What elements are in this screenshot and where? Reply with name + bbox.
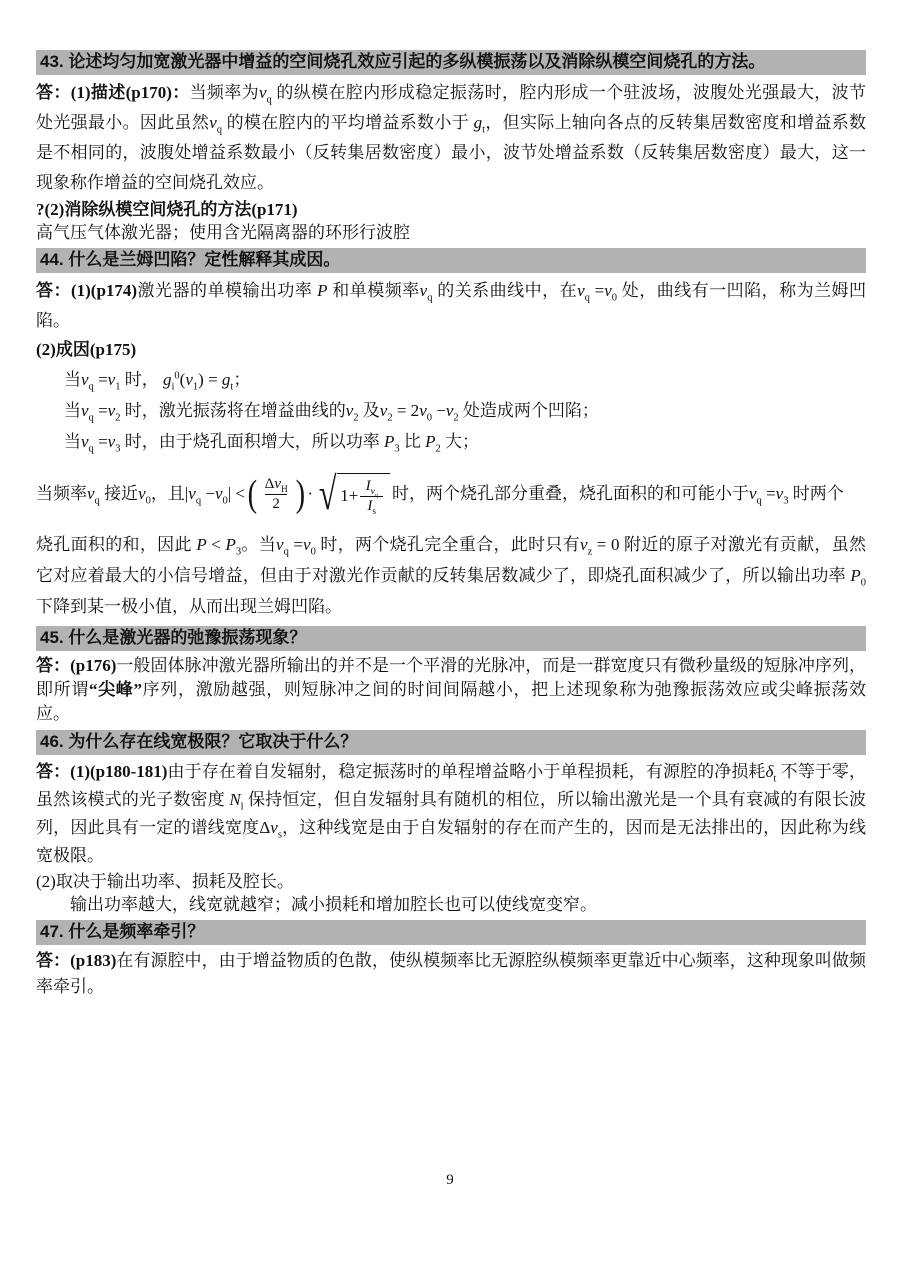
- formula-text-pre: 当频率νq 接近ν0，且|νq −ν0| <: [36, 482, 245, 506]
- question-47-header: 47. 什么是频率牵引？: [36, 920, 866, 945]
- square-root: √ 1+ Iνq Is: [315, 471, 390, 517]
- formula-text-post: 时，两个烧孔部分重叠，烧孔面积的和可能小于νq =ν3 时两个: [392, 482, 844, 506]
- radicand-text: 1+: [340, 484, 358, 508]
- open-paren: (: [248, 475, 257, 513]
- question-44-cause-label: (2)成因(p175): [36, 336, 866, 364]
- question-46-answer-1: 答：(1)(p180-181)由于存在着自发辐射，稳定振荡时的单程增益略小于单程…: [36, 758, 866, 870]
- fraction-denominator: Is: [360, 496, 383, 516]
- fraction-numerator: ΔνH: [262, 475, 291, 494]
- question-47-answer: 答：(p183)在有源腔中，由于增益物质的色散，使纵模频率比无源腔纵模频率更靠近…: [36, 948, 866, 1000]
- question-43-method-label: ?(2)消除纵模空间烧孔的方法(p171): [36, 198, 866, 221]
- question-46-section: 46. 为什么存在线宽极限？它取决于什么？ 答：(1)(p180-181)由于存…: [36, 730, 866, 916]
- question-45-answer: 答：(p176)一般固体脉冲激光器所输出的并不是一个平滑的光脉冲，而是一群宽度只…: [36, 654, 866, 726]
- page-number: 9: [0, 1172, 900, 1189]
- question-43-header: 43. 论述均匀加宽激光器中增益的空间烧孔效应引起的多纵模振荡以及消除纵模空间烧…: [36, 50, 866, 75]
- question-45-section: 45. 什么是激光器的弛豫振荡现象？ 答：(p176)一般固体脉冲激光器所输出的…: [36, 626, 866, 726]
- question-47-section: 47. 什么是频率牵引？ 答：(p183)在有源腔中，由于增益物质的色散，使纵模…: [36, 920, 866, 1000]
- document-page: 43. 论述均匀加宽激光器中增益的空间烧孔效应引起的多纵模振荡以及消除纵模空间烧…: [0, 0, 900, 1272]
- radicand: 1+ Iνq Is: [337, 473, 390, 516]
- radical-sign-icon: √: [319, 471, 337, 517]
- question-44-answer-continued: 烧孔面积的和，因此 P < P3。当νq =ν0 时，两个烧孔完全重合，此时只有…: [36, 529, 866, 622]
- question-44-case-2: 当νq =ν2 时，激光振荡将在增益曲线的ν2 及ν2 = 2ν0 −ν2 处造…: [64, 395, 866, 426]
- overlap-condition-formula: 当频率νq 接近ν0，且|νq −ν0| < ( ΔνH 2 ) · √ 1+ …: [36, 465, 866, 523]
- question-44-header: 44. 什么是兰姆凹陷？定性解释其成因。: [36, 248, 866, 273]
- question-44-case-1: 当νq =ν1 时， gi0(ν1) = gt；: [64, 364, 866, 395]
- question-43-section: 43. 论述均匀加宽激光器中增益的空间烧孔效应引起的多纵模振荡以及消除纵模空间烧…: [36, 50, 866, 244]
- question-44-answer: 答：(1)(p174)激光器的单模输出功率 P 和单模频率νq 的关系曲线中，在…: [36, 276, 866, 336]
- question-45-header: 45. 什么是激光器的弛豫振荡现象？: [36, 626, 866, 651]
- document-content: 43. 论述均匀加宽激光器中增益的空间烧孔效应引起的多纵模振荡以及消除纵模空间烧…: [0, 0, 900, 1000]
- question-44-case-3: 当νq =ν3 时，由于烧孔面积增大，所以功率 P3 比 P2 大；: [64, 426, 866, 457]
- fraction-linewidth-over-2: ΔνH 2: [262, 475, 291, 514]
- question-43-answer: 答：(1)描述(p170)：当频率为νq 的纵模在腔内形成稳定振荡时，腔内形成一…: [36, 78, 866, 198]
- close-paren: ): [295, 475, 304, 513]
- question-46-header: 46. 为什么存在线宽极限？它取决于什么？: [36, 730, 866, 755]
- question-46-answer-3: 输出功率越大，线宽就越窄；减小损耗和增加腔长也可以使线宽变窄。: [36, 893, 866, 916]
- fraction-intensity-ratio: Iνq Is: [360, 477, 383, 516]
- question-46-answer-2: (2)取决于输出功率、损耗及腔长。: [36, 870, 866, 893]
- fraction-numerator: Iνq: [363, 477, 381, 496]
- question-44-section: 44. 什么是兰姆凹陷？定性解释其成因。 答：(1)(p174)激光器的单模输出…: [36, 248, 866, 622]
- question-43-method-text: 高气压气体激光器；使用含光隔离器的环形行波腔: [36, 221, 866, 244]
- multiplication-dot: ·: [307, 482, 313, 506]
- fraction-denominator: 2: [265, 494, 287, 514]
